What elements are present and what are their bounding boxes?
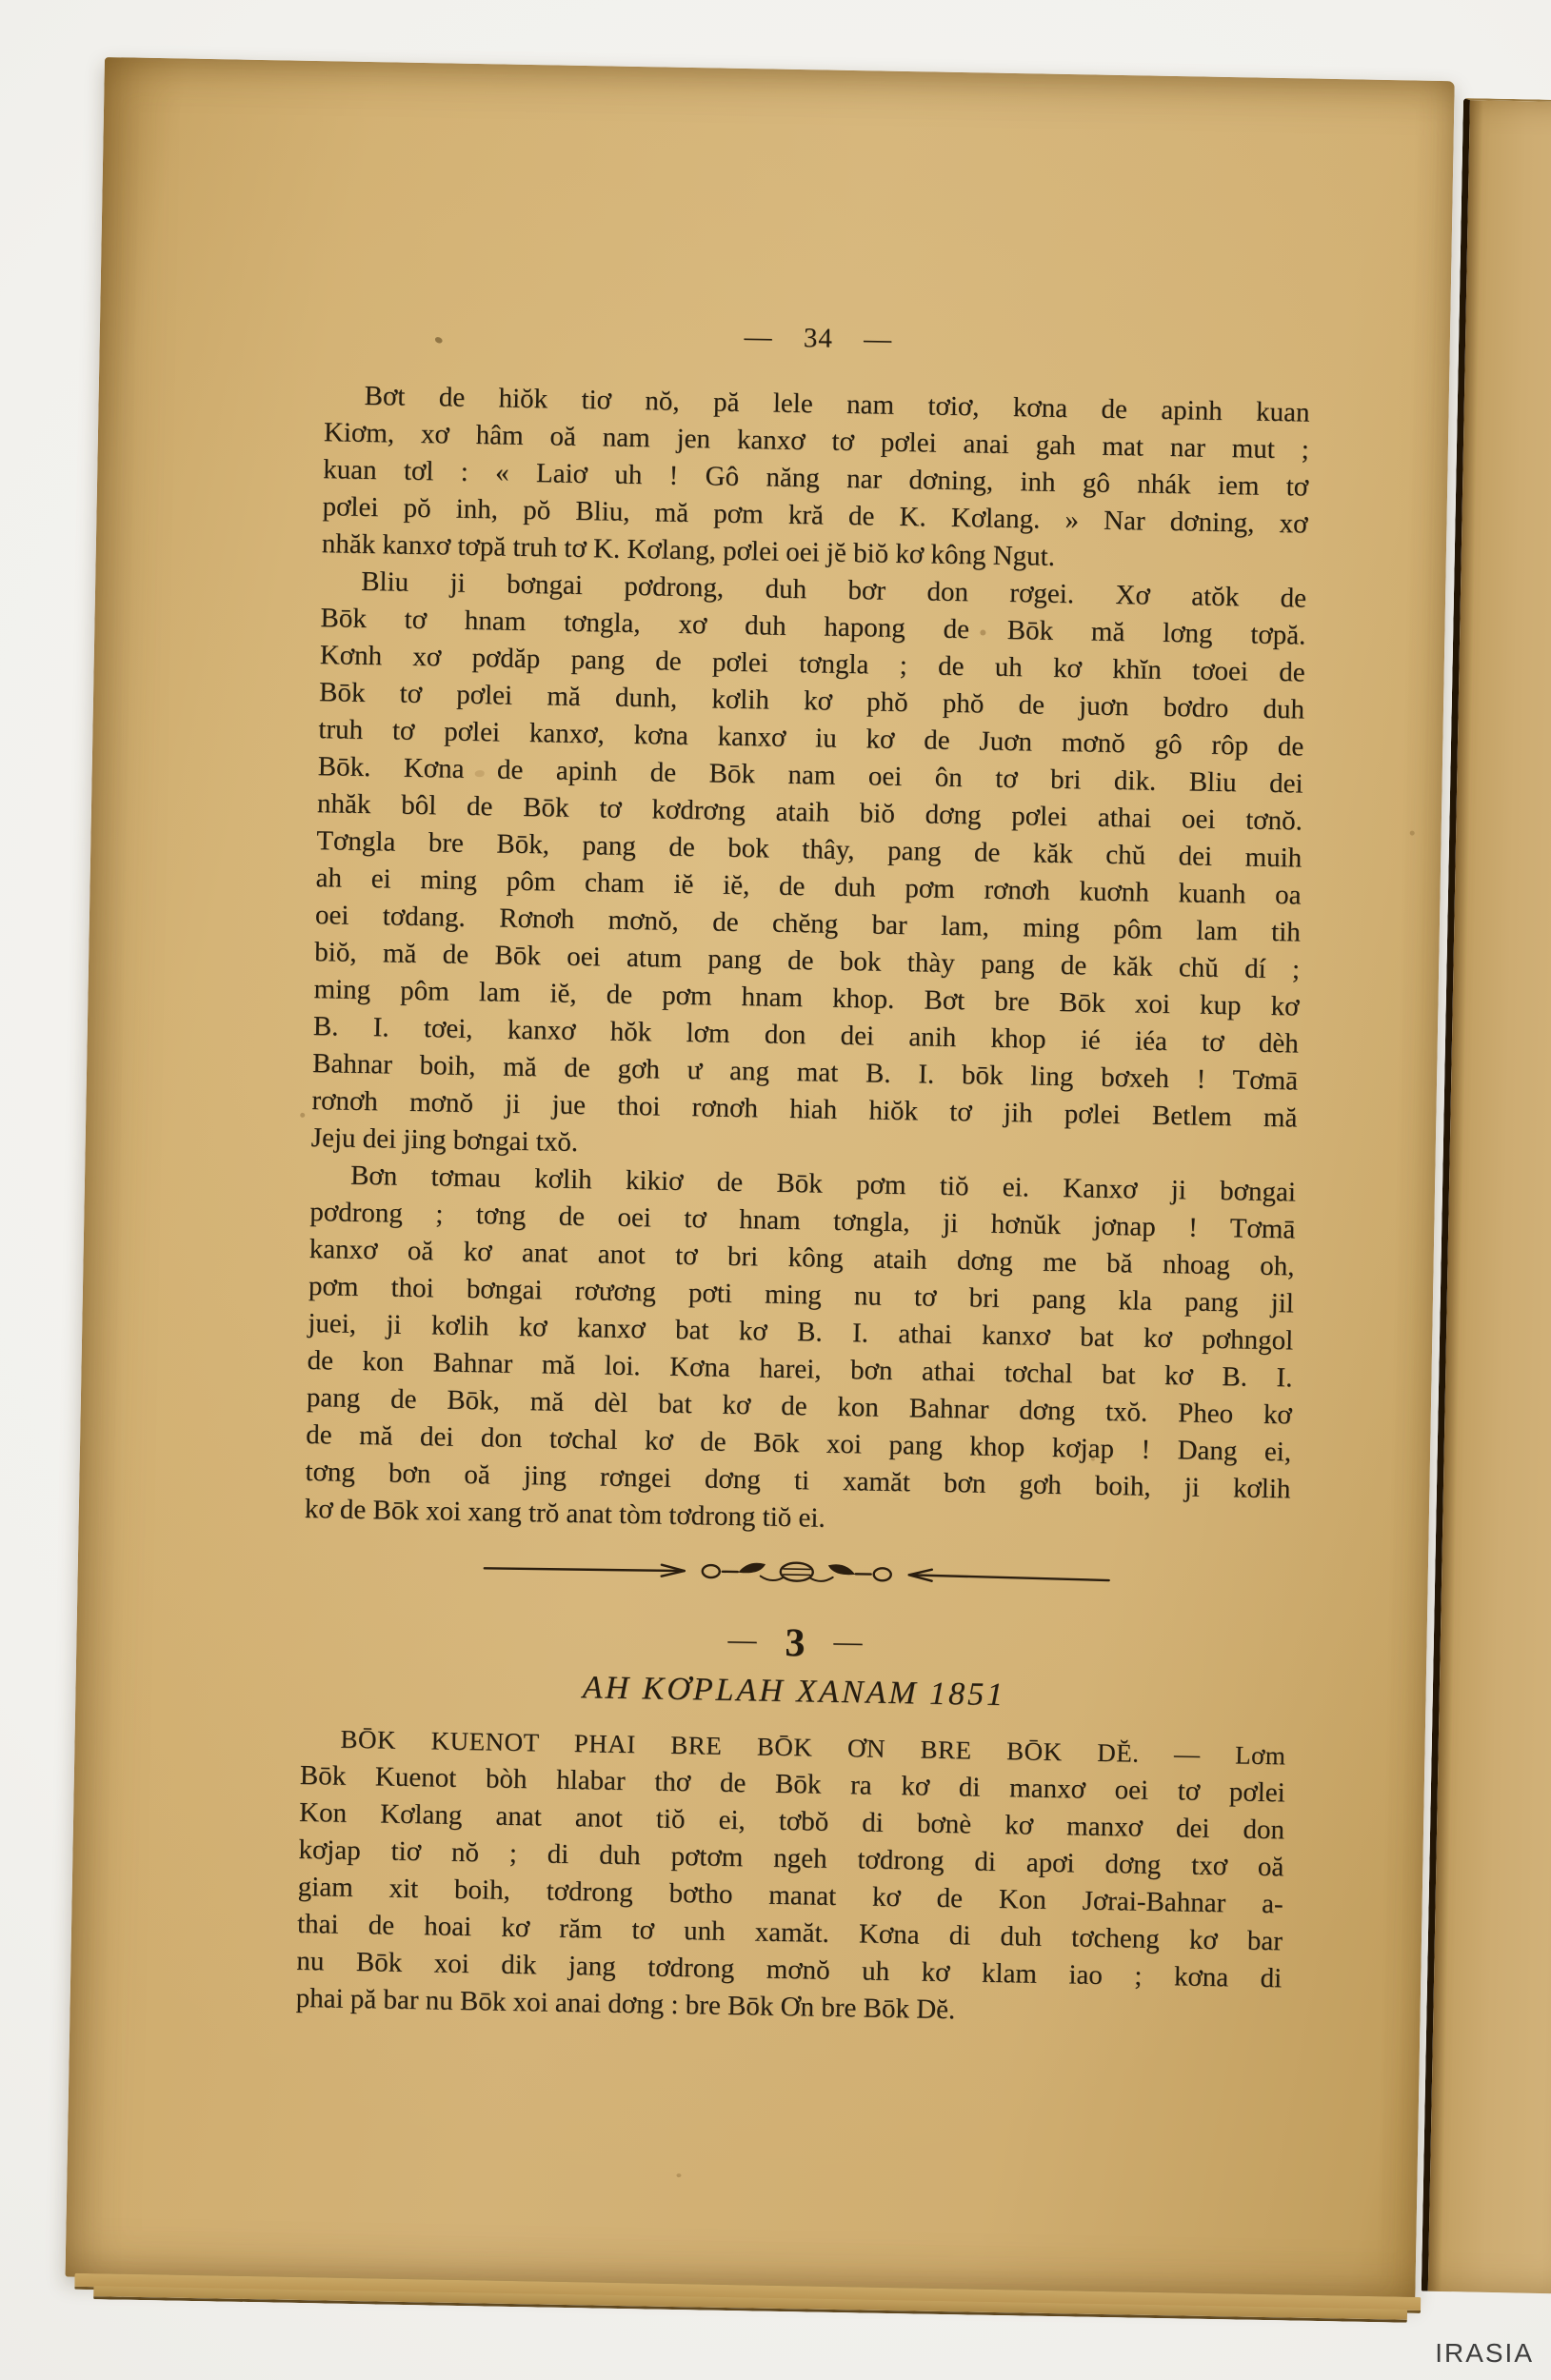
section-number: —3— [302,1608,1288,1675]
body-text: Bơt de hiŏk tiơ nŏ, pă lele nam tơiơ, kơ… [305,377,1310,1545]
paragraph: Bơn tơmau kơlih kikiơ de Bōk pơm tiŏ ei.… [305,1157,1297,1545]
paper-speck [1410,831,1415,836]
scanned-book-photo: — 34 — Bơt de hiŏk tiơ nŏ, pă lele nam t… [0,0,1551,2380]
book-page: — 34 — Bơt de hiŏk tiơ nŏ, pă lele nam t… [65,57,1454,2301]
section-number-value: 3 [785,1621,805,1665]
divider-ornament [482,1552,1111,1596]
section-dash-left: — [727,1624,757,1656]
section-dash-right: — [833,1626,863,1658]
section-paragraph: BŌK KUENOT PHAI BRE BŌK ƠN BRE BŌK DĔ. —… [295,1720,1285,2034]
page-number: — 34 — [326,310,1312,366]
paragraph: Bliu ji bơngai pơdrong, duh bơr don rơge… [310,563,1306,1174]
paragraph: Bơt de hiŏk tiơ nŏ, pă lele nam tơiơ, kơ… [322,377,1310,580]
watermark: IRASIA [1435,2338,1534,2369]
paper-speck [676,2173,681,2177]
section-title: AH KƠPLAH XANAM 1851 [301,1665,1287,1718]
paper-speck [300,1113,305,1118]
page-content: — 34 — Bơt de hiŏk tiơ nŏ, pă lele nam t… [295,310,1311,2034]
